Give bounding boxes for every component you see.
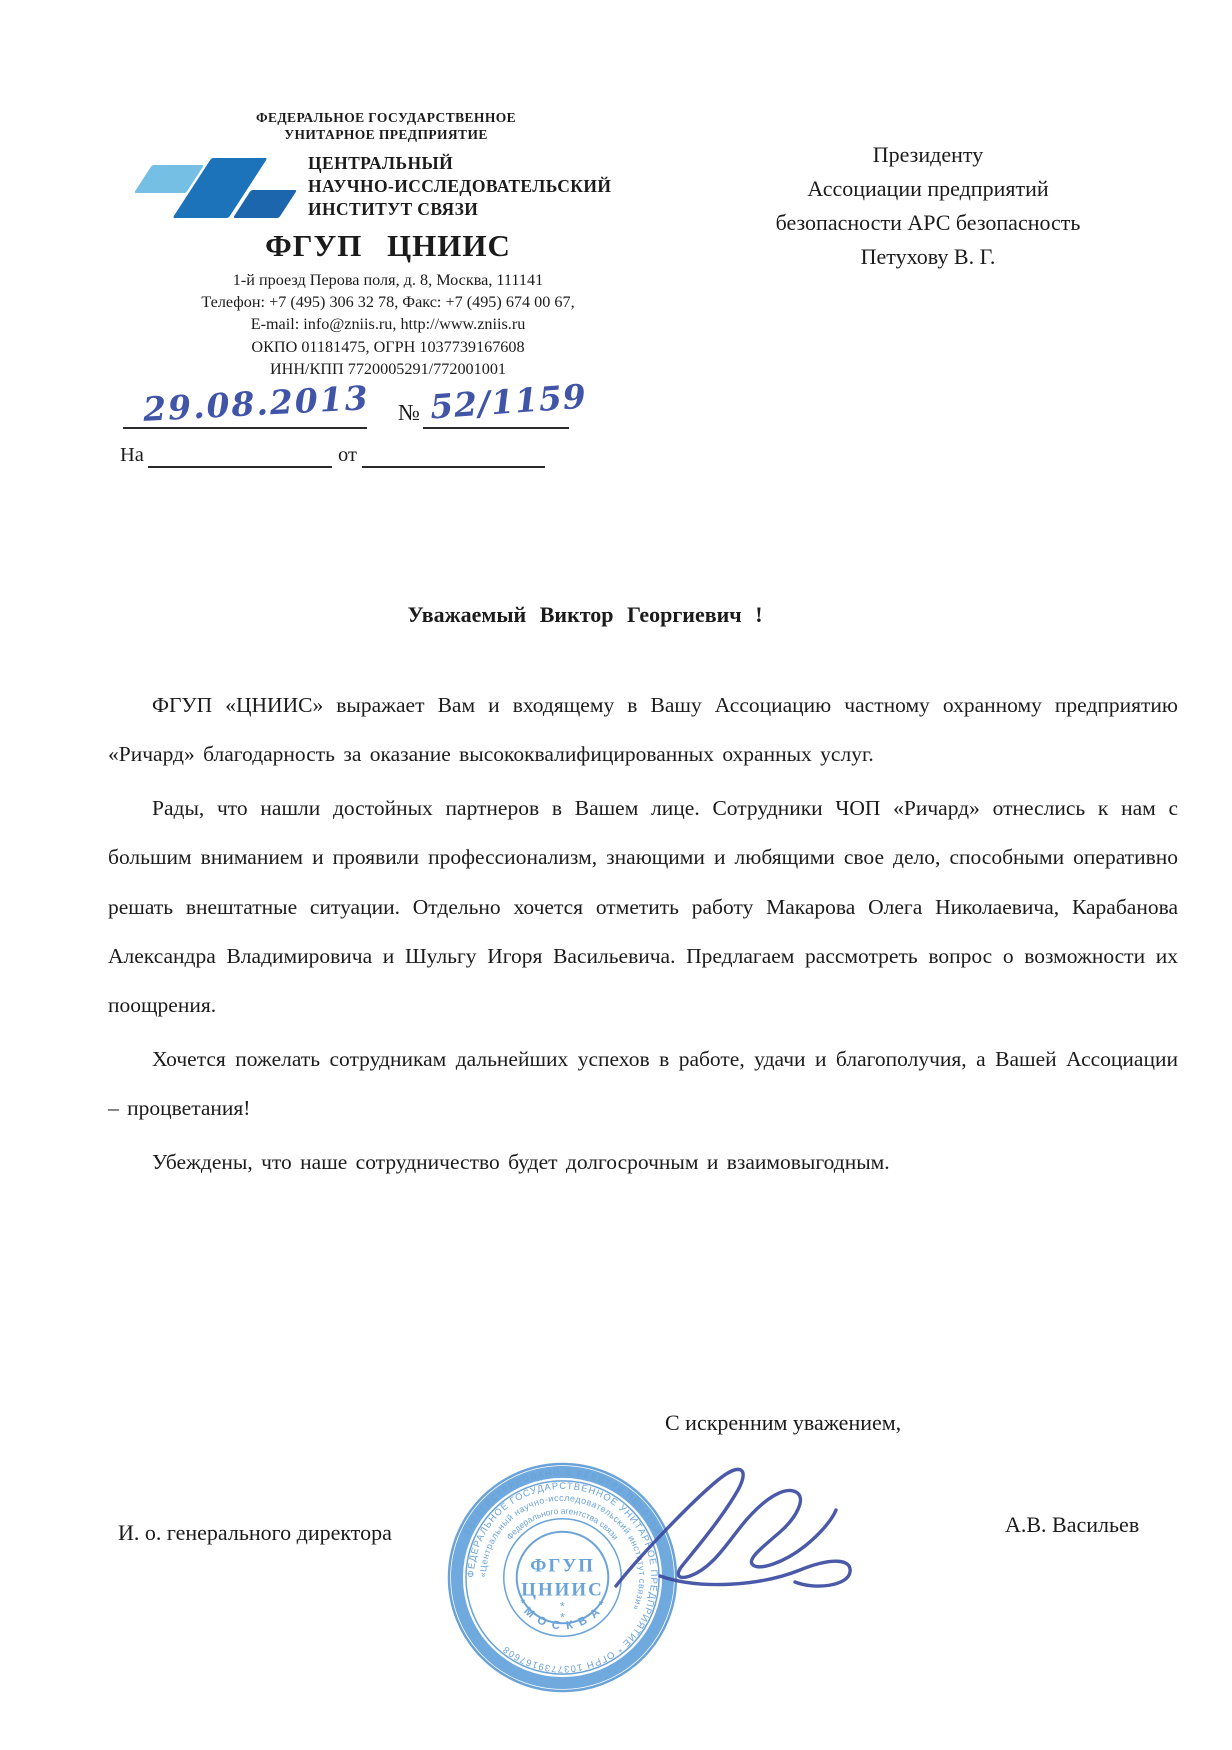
closing-phrase: С искренним уважением, <box>665 1410 901 1436</box>
phone-fax-line: Телефон: +7 (495) 306 32 78, Факс: +7 (4… <box>128 291 648 313</box>
org-name-line3: ИНСТИТУТ СВЯЗИ <box>308 198 611 221</box>
signer-position: И. о. генерального директора <box>118 1520 392 1546</box>
org-name-block: ЦЕНТРАЛЬНЫЙ НАУЧНО-ИССЛЕДОВАТЕЛЬСКИЙ ИНС… <box>308 152 611 221</box>
ot-label: от <box>338 444 357 467</box>
stamp-center-line2: ЦНИИС <box>521 1579 603 1600</box>
contact-block: 1-й проезд Перова поля, д. 8, Москва, 11… <box>128 269 648 380</box>
na-underline <box>148 466 332 468</box>
stamp-star2: * <box>560 1610 565 1624</box>
org-type-line1: ФЕДЕРАЛЬНОЕ ГОСУДАРСТВЕННОЕ <box>156 110 616 127</box>
body-paragraph: Убеждены, что наше сотрудничество будет … <box>108 1138 1178 1187</box>
body-paragraph: Рады, что нашли достойных партнеров в Ва… <box>108 784 1178 1031</box>
number-underline <box>423 427 569 429</box>
org-short-name: ФГУП ЦНИИС <box>158 228 618 264</box>
org-type-block: ФЕДЕРАЛЬНОЕ ГОСУДАРСТВЕННОЕ УНИТАРНОЕ ПР… <box>156 110 616 143</box>
org-name-line2: НАУЧНО-ИССЛЕДОВАТЕЛЬСКИЙ <box>308 175 611 198</box>
number-sign: № <box>398 400 420 426</box>
email-web-line: E-mail: info@zniis.ru, http://www.zniis.… <box>128 313 648 335</box>
na-label: На <box>120 444 144 467</box>
body-paragraph: Хочется пожелать сотрудникам дальнейших … <box>108 1035 1178 1134</box>
okpo-ogrn-line: ОКПО 01181475, ОГРН 1037739167608 <box>128 336 648 358</box>
signer-name: А.В. Васильев <box>1005 1512 1139 1538</box>
zniis-logo <box>130 155 305 225</box>
org-type-line2: УНИТАРНОЕ ПРЕДПРИЯТИЕ <box>156 127 616 144</box>
address-line: 1-й проезд Перова поля, д. 8, Москва, 11… <box>128 269 648 291</box>
ot-underline <box>362 466 545 468</box>
recipient-line2: Ассоциации предприятий <box>728 172 1128 206</box>
handwritten-date: 29.08.2013 <box>142 378 370 429</box>
handwritten-number: 52/1159 <box>429 377 588 427</box>
recipient-block: Президенту Ассоциации предприятий безопа… <box>728 138 1128 274</box>
date-underline <box>123 427 367 429</box>
body-paragraph: ФГУП «ЦНИИС» выражает Вам и входящему в … <box>108 681 1178 780</box>
recipient-line1: Президенту <box>728 138 1128 172</box>
org-name-line1: ЦЕНТРАЛЬНЫЙ <box>308 152 611 175</box>
handwritten-signature <box>598 1458 868 1608</box>
letter-body: ФГУП «ЦНИИС» выражает Вам и входящему в … <box>108 681 1178 1191</box>
salutation: Уважаемый Виктор Георгиевич ! <box>285 602 885 628</box>
scanned-letter-page: ФЕДЕРАЛЬНОЕ ГОСУДАРСТВЕННОЕ УНИТАРНОЕ ПР… <box>0 0 1232 1750</box>
recipient-line3: безопасности АРС безопасность <box>728 206 1128 240</box>
recipient-line4: Петухову В. Г. <box>728 240 1128 274</box>
stamp-center-line1: ФГУП <box>530 1556 595 1577</box>
